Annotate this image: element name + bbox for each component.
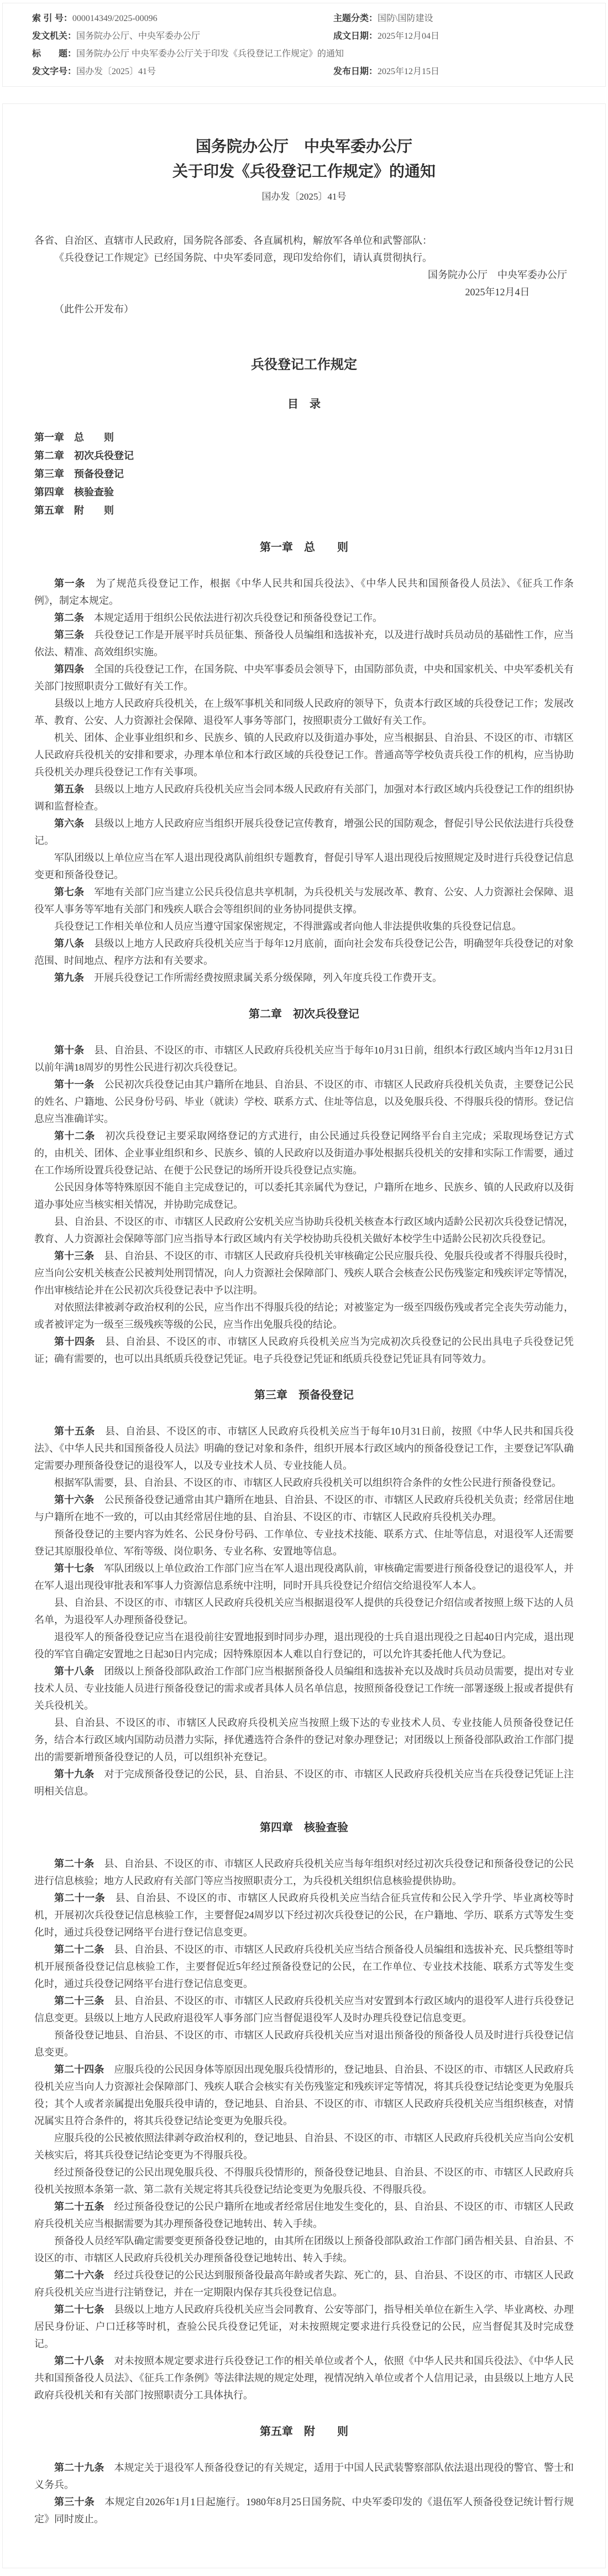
meta-grid: 索 引 号：000014349/2025-00096主题分类：国防\国防建设发文… — [3, 10, 605, 81]
article-number: 第十二条 — [54, 1130, 95, 1141]
signature-block: 国务院办公厅 中央军委办公厅 2025年12月4日 — [428, 267, 567, 301]
article-number: 第十七条 — [54, 1563, 94, 1574]
article-number: 第十九条 — [54, 1769, 94, 1780]
article-number: 第二十八条 — [54, 2355, 104, 2366]
chapter-heading: 第四章 核验查验 — [34, 1819, 574, 1837]
public-release-note: （此件公开发布） — [34, 301, 574, 318]
article-number: 第七条 — [54, 887, 84, 898]
article-paragraph: 第二条 本规定适用于组织公民依法进行初次兵役登记和预备役登记工作。 — [34, 609, 574, 627]
document-metadata: 索 引 号：000014349/2025-00096主题分类：国防\国防建设发文… — [2, 3, 606, 87]
article-paragraph: 第二十七条 县级以上地方人民政府兵役机关应当会同教育、公安等部门，指导相关单位在… — [34, 2301, 574, 2353]
article-paragraph: 第九条 开展兵役登记工作所需经费按照隶属关系分级保障，列入年度兵役工作费开支。 — [34, 969, 574, 987]
meta-field: 发布日期：2025年12月15日 — [304, 63, 605, 81]
meta-label: 发布日期： — [333, 67, 378, 76]
article-number: 第二十九条 — [54, 2462, 104, 2473]
article-paragraph: 兵役登记工作相关单位和人员应当遵守国家保密规定，不得泄露或者向他人非法提供收集的… — [34, 918, 574, 935]
article-paragraph: 第十四条 县、自治县、不设区的市、市辖区人民政府兵役机关应当为完成初次兵役登记的… — [34, 1333, 574, 1368]
article-paragraph: 第十九条 对于完成预备役登记的公民，县、自治县、不设区的市、市辖区人民政府兵役机… — [34, 1766, 574, 1800]
article-paragraph: 第十一条 公民初次兵役登记由其户籍所在地县、自治县、不设区的市、市辖区人民政府兵… — [34, 1076, 574, 1128]
chapter-heading: 第二章 初次兵役登记 — [34, 1005, 574, 1023]
article-paragraph: 预备役人员经军队确定需要变更预备役登记地的，由其所在团级以上预备役部队政治工作部… — [34, 2233, 574, 2267]
article-paragraph: 第八条 县级以上地方人民政府兵役机关应当于每年12月底前，面向社会发布兵役登记公… — [34, 935, 574, 969]
meta-field: 成文日期：2025年12月04日 — [304, 28, 605, 45]
article-paragraph: 第十条 县、自治县、不设区的市、市辖区人民政府兵役机关应当于每年10月31日前，… — [34, 1042, 574, 1076]
article-number: 第六条 — [54, 818, 84, 829]
sections: 第一章 总 则第一条 为了规范兵役登记工作，根据《中华人民共和国兵役法》、《中华… — [34, 539, 574, 2528]
chapter-heading: 第三章 预备役登记 — [34, 1386, 574, 1404]
article-number: 第十条 — [54, 1045, 84, 1056]
article-paragraph: 第十八条 团级以上预备役部队政治工作部门应当根据预备役人员编组和选拔补充以及战时… — [34, 1663, 574, 1714]
article-number: 第二十二条 — [54, 1944, 104, 1955]
article-paragraph: 第十六条 公民预备役登记通常由其户籍所在地县、自治县、不设区的市、市辖区人民政府… — [34, 1492, 574, 1526]
article-paragraph: 第三十条 本规定自2026年1月1日起施行。1980年8月25日国务院、中央军委… — [34, 2494, 574, 2528]
page: { "meta": { "cells": [ { "label": "索 引 号… — [0, 3, 608, 2568]
meta-label: 索 引 号： — [32, 14, 72, 23]
article-paragraph: 第一条 为了规范兵役登记工作，根据《中华人民共和国兵役法》、《中华人民共和国预备… — [34, 575, 574, 609]
meta-value: 国防\国防建设 — [378, 14, 433, 23]
article-paragraph: 经过预备役登记的公民出现免服兵役、不得服兵役情形的，预备役登记地县、自治县、不设… — [34, 2164, 574, 2198]
meta-value: 国务院办公厅、中央军委办公厅 — [76, 32, 200, 41]
article-paragraph: 第二十二条 县、自治县、不设区的市、市辖区人民政府兵役机关应当结合预备役人员编组… — [34, 1941, 574, 1993]
article-paragraph: 预备役登记地县、自治县、不设区的市、市辖区人民政府兵役机关应当对退出预备役的预备… — [34, 2027, 574, 2061]
article-paragraph: 公民因身体等特殊原因不能自主完成登记的，可以委托其亲属代为登记，户籍所在地乡、民… — [34, 1179, 574, 1213]
chapter-heading: 第一章 总 则 — [34, 539, 574, 556]
article-paragraph: 应服兵役的公民被依照法律剥夺政治权利的，登记地县、自治县、不设区的市、市辖区人民… — [34, 2130, 574, 2164]
article-number: 第十五条 — [54, 1426, 95, 1437]
article-number: 第三十条 — [54, 2496, 95, 2507]
article-number: 第五条 — [54, 784, 84, 795]
meta-field: 索 引 号：000014349/2025-00096 — [3, 10, 304, 28]
meta-value: 2025年12月04日 — [378, 32, 439, 41]
article-paragraph: 军队团级以上单位应当在军人退出现役离队前组织专题教育，督促引导军人退出现役后按照… — [34, 849, 574, 884]
doc-number: 国办发〔2025〕41号 — [34, 189, 574, 205]
article-paragraph: 第二十条 县、自治县、不设区的市、市辖区人民政府兵役机关应当每年组织对经过初次兵… — [34, 1855, 574, 1890]
article-paragraph: 对依照法律被剥夺政治权利的公民，应当作出不得服兵役的结论；对被鉴定为一级至四级伤… — [34, 1299, 574, 1333]
article-paragraph: 县、自治县、不设区的市、市辖区人民政府兵役机关应当根据退役军人提供的兵役登记介绍… — [34, 1594, 574, 1629]
salutation: 各省、自治区、直辖市人民政府，国务院各部委、各直属机构，解放军各单位和武警部队： — [34, 232, 574, 249]
article-paragraph: 第十三条 县、自治县、不设区的市、市辖区人民政府兵役机关审核确定公民应服兵役、免… — [34, 1248, 574, 1299]
meta-label: 发文字号： — [32, 67, 76, 76]
article-number: 第二十六条 — [54, 2270, 104, 2281]
notice-title-line2: 关于印发《兵役登记工作规定》的通知 — [34, 159, 574, 184]
signature-names: 国务院办公厅 中央军委办公厅 — [428, 267, 567, 284]
article-number: 第十四条 — [54, 1336, 95, 1347]
regulation-title: 兵役登记工作规定 — [34, 354, 574, 376]
article-paragraph: 第二十八条 对未按照本规定要求进行兵役登记工作的相关单位或者个人，依照《中华人民… — [34, 2353, 574, 2404]
article-paragraph: 县级以上地方人民政府兵役机关，在上级军事机关和同级人民政府的领导下，负责本行政区… — [34, 695, 574, 729]
document-body: 国务院办公厅 中央军委办公厅 关于印发《兵役登记工作规定》的通知 国办发〔202… — [2, 103, 606, 2568]
article-paragraph: 第六条 县级以上地方人民政府应当组织开展兵役登记宣传教育，增强公民的国防观念，督… — [34, 815, 574, 849]
article-number: 第八条 — [54, 938, 84, 949]
article-number: 第九条 — [54, 972, 84, 983]
article-number: 第二十条 — [54, 1858, 94, 1869]
article-paragraph: 机关、团体、企业事业组织和乡、民族乡、镇的人民政府以及街道办事处，应当根据县、自… — [34, 729, 574, 781]
article-paragraph: 第二十一条 县、自治县、不设区的市、市辖区人民政府兵役机关应当结合征兵宣传和公民… — [34, 1890, 574, 1941]
notice-body: 《兵役登记工作规定》已经国务院、中央军委同意，现印发给你们，请认真贯彻执行。 — [34, 249, 574, 267]
meta-value: 国办发〔2025〕41号 — [76, 67, 156, 76]
article-paragraph: 第十五条 县、自治县、不设区的市、市辖区人民政府兵役机关应当于每年10月31日前… — [34, 1423, 574, 1474]
meta-value: 000014349/2025-00096 — [72, 14, 158, 23]
article-paragraph: 第二十三条 县、自治县、不设区的市、市辖区人民政府兵役机关应当对安置到本行政区域… — [34, 1993, 574, 2027]
article-number: 第二十四条 — [54, 2064, 104, 2075]
article-paragraph: 第四条 全国的兵役登记工作，在国务院、中央军事委员会领导下，由国防部负责，中央和… — [34, 661, 574, 695]
article-paragraph: 第二十六条 经过兵役登记的公民达到服预备役最高年龄或者失踪、死亡的，县、自治县、… — [34, 2267, 574, 2301]
meta-label: 主题分类： — [333, 14, 378, 23]
article-paragraph: 第七条 军地有关部门应当建立公民兵役信息共享机制，为兵役机关与发展改革、教育、公… — [34, 884, 574, 918]
article-paragraph: 第十二条 初次兵役登记主要采取网络登记的方式进行，由公民通过兵役登记网络平台自主… — [34, 1128, 574, 1179]
toc-item: 第五章 附 则 — [34, 502, 574, 520]
article-number: 第二十一条 — [54, 1892, 105, 1904]
article-number: 第一条 — [54, 578, 85, 589]
article-number: 第二十七条 — [54, 2304, 104, 2315]
meta-field: 主题分类：国防\国防建设 — [304, 10, 605, 28]
meta-value: 国务院办公厅 中央军委办公厅关于印发《兵役登记工作规定》的通知 — [76, 49, 344, 59]
article-paragraph: 第二十五条 经过预备役登记的公民户籍所在地或者经常居住地发生变化的，县、自治县、… — [34, 2198, 574, 2233]
signature-date: 2025年12月4日 — [428, 284, 567, 301]
article-paragraph: 预备役登记的主要内容为姓名、公民身份号码、工作单位、专业技术技能、联系方式、住址… — [34, 1526, 574, 1560]
toc-item: 第三章 预备役登记 — [34, 465, 574, 483]
article-paragraph: 第二十九条 本规定关于退役军人预备役登记的有关规定，适用于中国人民武装警察部队依… — [34, 2459, 574, 2494]
article-number: 第三条 — [54, 629, 84, 640]
article-number: 第十三条 — [54, 1250, 94, 1261]
toc-item: 第四章 核验查验 — [34, 483, 574, 502]
article-paragraph: 第三条 兵役登记工作是开展平时兵员征集、预备役人员编组和选拔补充，以及进行战时兵… — [34, 627, 574, 661]
article-number: 第二十三条 — [54, 1995, 104, 2006]
toc-item: 第一章 总 则 — [34, 429, 574, 447]
toc-title: 目 录 — [34, 395, 574, 413]
toc-item: 第二章 初次兵役登记 — [34, 447, 574, 465]
article-number: 第十六条 — [54, 1494, 94, 1505]
meta-value: 2025年12月15日 — [378, 67, 439, 76]
article-paragraph: 县、自治县、不设区的市、市辖区人民政府兵役机关应当按照上级下达的专业技术人员、专… — [34, 1714, 574, 1766]
article-number: 第二十五条 — [54, 2201, 104, 2212]
meta-label: 发文机关： — [32, 32, 76, 41]
article-number: 第十一条 — [54, 1079, 94, 1090]
article-number: 第四条 — [54, 664, 84, 675]
article-paragraph: 根据军队需要，县、自治县、不设区的市、市辖区人民政府兵役机关可以组织符合条件的女… — [34, 1474, 574, 1492]
article-number: 第二条 — [54, 612, 84, 623]
article-paragraph: 第十七条 军队团级以上单位政治工作部门应当在军人退出现役离队前，审核确定需要进行… — [34, 1560, 574, 1594]
article-number: 第十八条 — [54, 1666, 94, 1677]
toc-list: 第一章 总 则第二章 初次兵役登记第三章 预备役登记第四章 核验查验第五章 附 … — [34, 429, 574, 520]
chapter-heading: 第五章 附 则 — [34, 2423, 574, 2441]
article-paragraph: 第二十四条 应服兵役的公民因身体等原因出现免服兵役情形的，登记地县、自治县、不设… — [34, 2061, 574, 2130]
article-paragraph: 退役军人的预备役登记应当在退役前往安置地报到时同步办理，退出现役的士兵自退出现役… — [34, 1629, 574, 1663]
meta-label: 标 题： — [32, 49, 76, 59]
article-paragraph: 第五条 县级以上地方人民政府兵役机关应当会同本级人民政府有关部门，加强对本行政区… — [34, 781, 574, 815]
meta-field: 发文字号：国办发〔2025〕41号 — [3, 63, 304, 81]
meta-field: 发文机关：国务院办公厅、中央军委办公厅 — [3, 28, 304, 45]
notice-title-line1: 国务院办公厅 中央军委办公厅 — [34, 134, 574, 159]
meta-field: 标 题：国务院办公厅 中央军委办公厅关于印发《兵役登记工作规定》的通知 — [3, 45, 605, 63]
meta-label: 成文日期： — [333, 32, 378, 41]
article-paragraph: 县、自治县、不设区的市、市辖区人民政府公安机关应当协助兵役机关核查本行政区域内适… — [34, 1213, 574, 1248]
